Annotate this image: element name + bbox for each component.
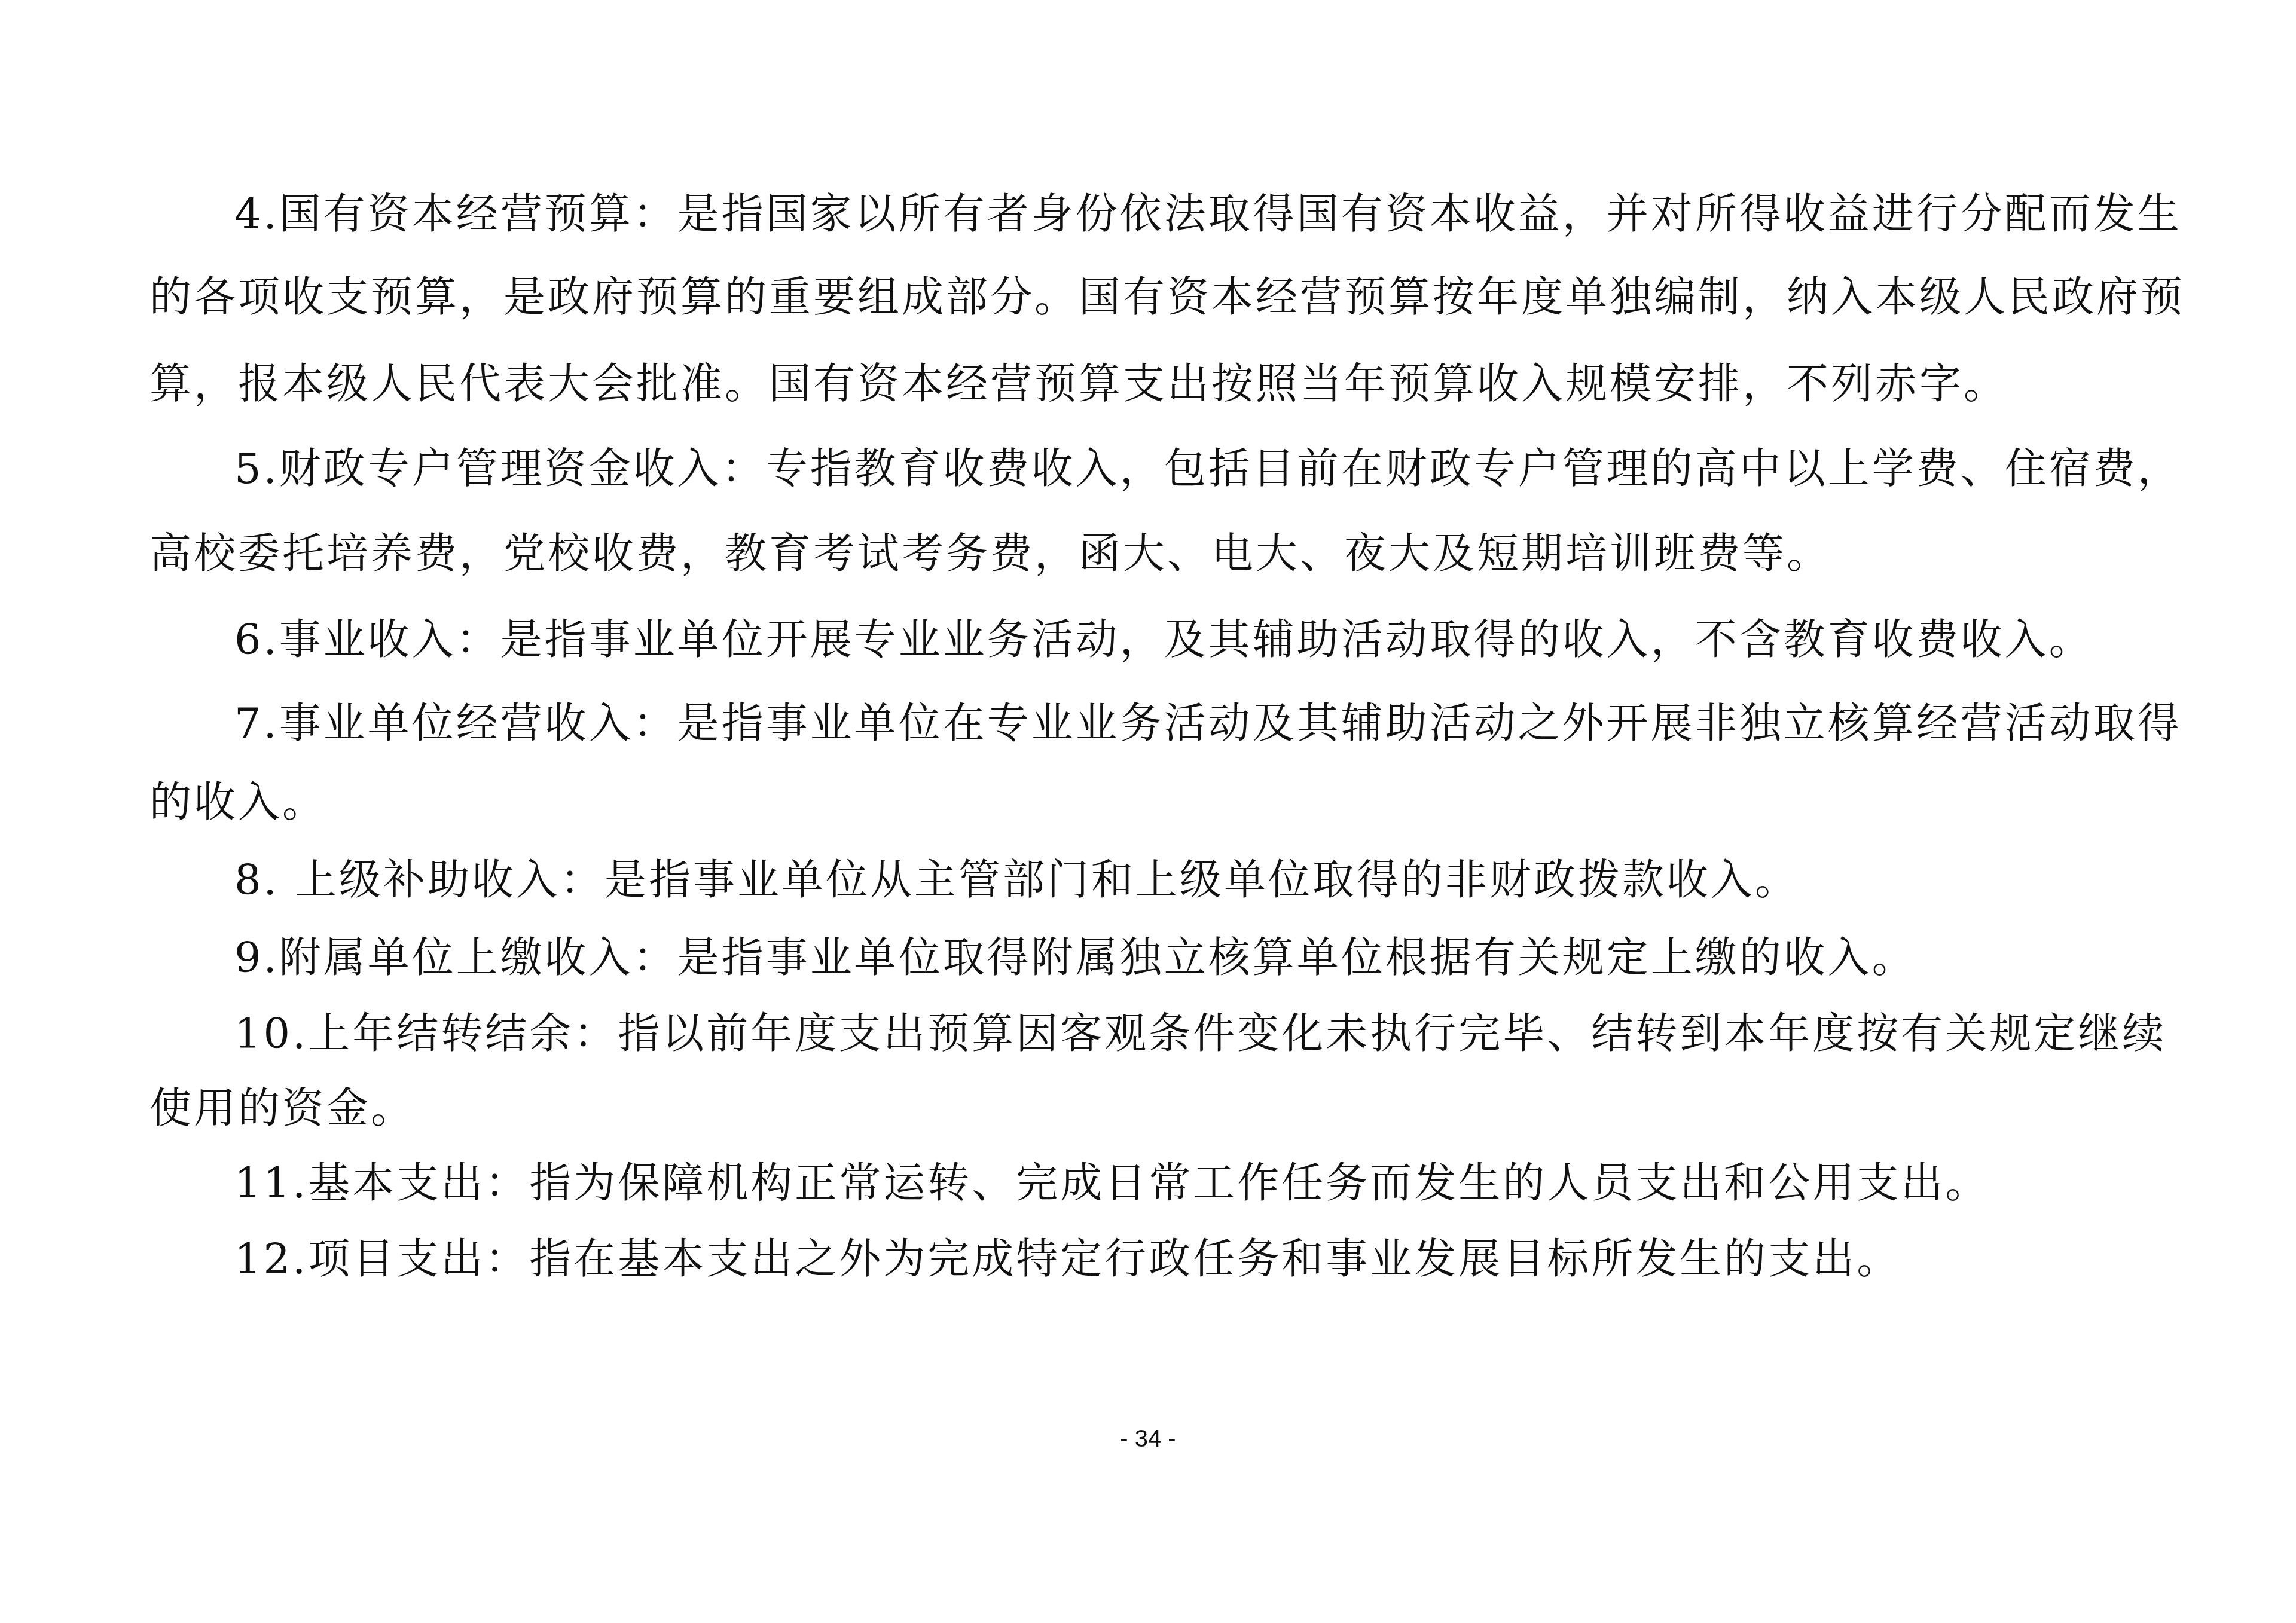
paragraph-line: 10.上年结转结余：指以前年度支出预算因客观条件变化未执行完毕、结转到本年度按有… [234,1004,2150,1063]
paragraph-line: 11.基本支出：指为保障机构正常运转、完成日常工作任务而发生的人员支出和公用支出… [234,1153,2150,1213]
paragraph-line: 7.事业单位经营收入：是指事业单位在专业业务活动及其辅助活动之外开展非独立核算经… [234,693,2150,753]
paragraph-line: 5.财政专户管理资金收入：专指教育收费收入，包括目前在财政专户管理的高中以上学费… [234,439,2150,499]
paragraph-line: 使用的资金。 [149,1078,2150,1138]
paragraph-line: 9.附属单位上缴收入：是指事业单位取得附属独立核算单位根据有关规定上缴的收入。 [234,928,2150,988]
document-page: 4.国有资本经营预算：是指国家以所有者身份依法取得国有资本收益，并对所得收益进行… [0,0,2296,1623]
paragraph-line: 12.项目支出：指在基本支出之外为完成特定行政任务和事业发展目标所发生的支出。 [234,1229,2150,1289]
paragraph-line: 的收入。 [149,772,2150,832]
paragraph-line: 高校委托培养费，党校收费，教育考试考务费，函大、电大、夜大及短期培训班费等。 [149,524,2150,583]
paragraph-line: 6.事业收入：是指事业单位开展专业业务活动，及其辅助活动取得的收入，不含教育收费… [234,610,2150,670]
paragraph-line: 4.国有资本经营预算：是指国家以所有者身份依法取得国有资本收益，并对所得收益进行… [234,184,2150,244]
paragraph-line: 的各项收支预算，是政府预算的重要组成部分。国有资本经营预算按年度单独编制，纳入本… [149,267,2150,327]
page-number: - 34 - [0,1426,2296,1453]
paragraph-line: 算，报本级人民代表大会批准。国有资本经营预算支出按照当年预算收入规模安排，不列赤… [149,354,2150,414]
paragraph-line: 8. 上级补助收入：是指事业单位从主管部门和上级单位取得的非财政拨款收入。 [234,850,2150,910]
